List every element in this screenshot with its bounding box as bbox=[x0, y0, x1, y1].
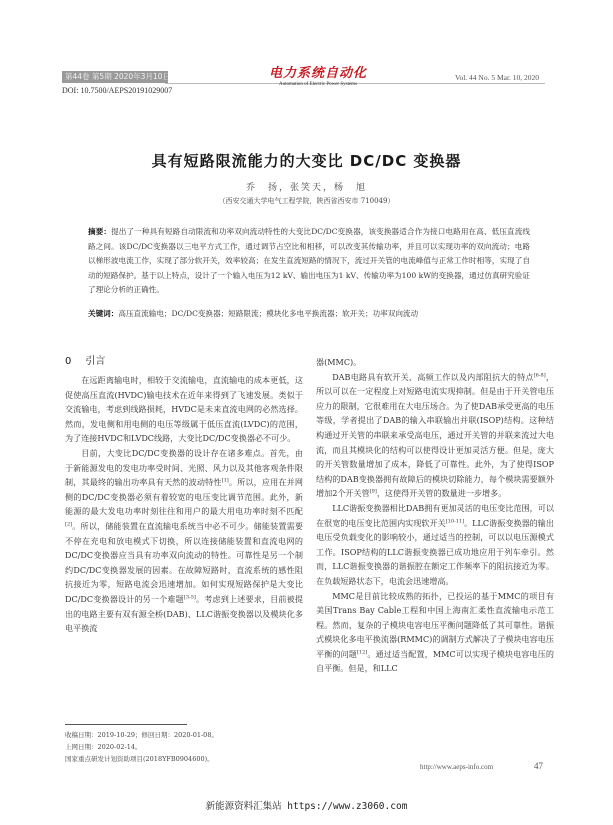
footnotes: 收稿日期：2019-10-29；修回日期：2020-01-08。 上网日期：20… bbox=[65, 729, 305, 765]
doi: DOI: 10.7500/AEPS20191029007 bbox=[62, 86, 172, 95]
funding-note: 国家重点研发计划资助项目(2018YFB0904600)。 bbox=[65, 753, 305, 765]
left-column: 在远距离输电时，相较于交流输电，直流输电的成本更低，这促使高压直流(HVDC)输… bbox=[65, 373, 303, 636]
issue-badge: 第44卷 第5期 2020年3月10日 bbox=[62, 71, 168, 83]
keywords-text: 高压直流输电；DC/DC变换器；短路限流；模块化多电平换流器；软开关；功率双向流… bbox=[118, 309, 418, 318]
paragraph: DAB电路具有软开关、高频工作以及内部阻抗大的特点[6-8]，所以可以在一定程度… bbox=[316, 370, 554, 501]
paragraph: MMC是目前比较成熟的拓扑，已投运的基于MMC的项目有美国Trans Bay C… bbox=[316, 589, 554, 677]
journal-title-en: Automation of Electric Power Systems bbox=[258, 81, 378, 88]
section-heading: 0引言 bbox=[65, 352, 105, 367]
paragraph: 器(MMC)。 bbox=[316, 355, 554, 370]
text-run: DAB电路具有软开关、高频工作以及内部阻抗大的特点 bbox=[332, 372, 534, 382]
page-number: 47 bbox=[534, 761, 543, 771]
keywords: 关键词：高压直流输电；DC/DC变换器；短路限流；模块化多电平换流器；软开关；功… bbox=[88, 307, 530, 322]
section-title: 引言 bbox=[85, 356, 105, 367]
volume-info: Vol. 44 No. 5 Mar. 10, 2020 bbox=[455, 73, 539, 82]
citation[interactable]: [6-8] bbox=[534, 372, 546, 378]
footnote-rule bbox=[65, 724, 187, 725]
citation[interactable]: [9] bbox=[370, 489, 377, 495]
citation[interactable]: [1] bbox=[222, 477, 229, 483]
online-date: 上网日期：2020-02-14。 bbox=[65, 741, 305, 753]
received-date: 收稿日期：2019-10-29；修回日期：2020-01-08。 bbox=[65, 729, 305, 741]
authors: 乔 扬，张笑天，杨 旭 bbox=[0, 180, 613, 193]
text-run: 。所以，储能装置在直流输电系统当中必不可少。储能装置需要不停在充电和放电模式下切… bbox=[65, 521, 303, 604]
right-column: 器(MMC)。 DAB电路具有软开关、高频工作以及内部阻抗大的特点[6-8]，所… bbox=[316, 355, 554, 676]
paragraph: 在远距离输电时，相较于交流输电，直流输电的成本更低，这促使高压直流(HVDC)输… bbox=[65, 373, 303, 446]
text-run: ，这使得开关管的数量进一步增多。 bbox=[377, 488, 507, 498]
abstract-label: 摘要： bbox=[88, 227, 111, 236]
paragraph: LLC谐振变换器相比DAB拥有更加灵活的电压变比范围，可以在很宽的电压变比范围内… bbox=[316, 501, 554, 589]
keywords-label: 关键词： bbox=[88, 309, 118, 318]
abstract-text: 提出了一种具有短路自动限流和功率双向流动特性的大变比DC/DC变换器，该变换器适… bbox=[88, 227, 530, 294]
journal-url[interactable]: http://www.aeps-info.com bbox=[420, 763, 493, 771]
text-run: ，所以可以在一定程度上对短路电流实现抑制。但是由于开关管电压应力的限制，它很难用… bbox=[316, 372, 554, 499]
abstract: 摘要：提出了一种具有短路自动限流和功率双向流动特性的大变比DC/DC变换器，该变… bbox=[88, 225, 530, 298]
citation[interactable]: [12] bbox=[357, 649, 367, 655]
paragraph: 目前，大变比DC/DC变换器的设计存在诸多难点。首先，由于新能源发电的发电功率受… bbox=[65, 446, 303, 636]
citation[interactable]: [10-11] bbox=[446, 518, 464, 524]
journal-title-cn: 电力系统自动化 bbox=[258, 66, 378, 81]
affiliation: （西安交通大学电气工程学院，陕西省西安市 710049） bbox=[0, 196, 613, 206]
watermark: 新能源资料汇集站 https://www.z3060.com bbox=[0, 798, 613, 812]
paper-title: 具有短路限流能力的大变比 DC/DC 变换器 bbox=[0, 150, 613, 171]
journal-masthead: 电力系统自动化 Automation of Electric Power Sys… bbox=[258, 66, 378, 88]
section-number: 0 bbox=[65, 356, 71, 367]
citation[interactable]: [3-5] bbox=[184, 594, 196, 600]
